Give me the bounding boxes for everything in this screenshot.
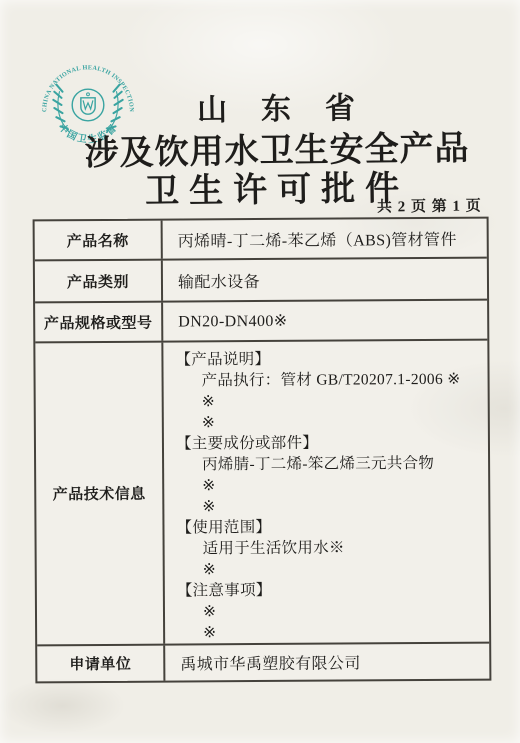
tech-info-line: 【主要成份或部件】 (176, 432, 480, 455)
table-row-product-category: 产品类别 输配水设备 (35, 257, 487, 302)
permit-info-table: 产品名称 丙烯晴-丁二烯-苯乙烯（ABS)管材管件 产品类别 输配水设备 产品规… (33, 217, 492, 684)
table-row-product-spec: 产品规格或型号 DN20-DN400※ (35, 299, 487, 342)
table-row-tech-info: 产品技术信息 【产品说明】 产品执行：管材 GB/T20207.1-2006 ※… (35, 339, 489, 645)
row-label: 产品名称 (35, 221, 163, 260)
row-label: 产品规格或型号 (35, 303, 163, 342)
tech-info-line: 【产品说明】 (175, 348, 479, 371)
document-page: CHINA NATIONAL HEALTH INSPECTION 中国卫生监督 (0, 0, 520, 743)
row-value: 丙烯晴-丁二烯-苯乙烯（ABS)管材管件 (163, 219, 487, 259)
tech-info-line: ※ (177, 600, 481, 623)
row-label: 产品类别 (35, 261, 163, 302)
tech-info-line: ※ (177, 621, 481, 644)
tech-info-line: ※ (176, 411, 480, 434)
row-value: DN20-DN400※ (163, 301, 487, 341)
row-value: 输配水设备 (163, 259, 487, 301)
tech-info-line: ※ (177, 558, 481, 581)
row-label: 申请单位 (37, 646, 165, 682)
tech-info-line: 产品执行：管材 GB/T20207.1-2006 ※ (176, 369, 480, 392)
tech-info-line: ※ (176, 474, 480, 497)
tech-info-line: 适用于生活饮用水※ (177, 537, 481, 560)
table-row-product-name: 产品名称 丙烯晴-丁二烯-苯乙烯（ABS)管材管件 (35, 219, 487, 260)
table-row-applicant: 申请单位 禹城市华禹塑胶有限公司 (37, 642, 489, 682)
page-count: 共 2 页 第 1 页 (377, 194, 482, 216)
tech-info-line: 【注意事项】 (177, 579, 481, 602)
tech-info-line: 【使用范围】 (176, 516, 480, 539)
row-value: 【产品说明】 产品执行：管材 GB/T20207.1-2006 ※ ※ ※ 【主… (163, 341, 489, 644)
tech-info-line: ※ (176, 495, 480, 518)
tech-info-line: ※ (176, 390, 480, 413)
row-value: 禹城市华禹塑胶有限公司 (165, 644, 489, 681)
tech-info-line: 丙烯腈-丁二烯-笨乙烯三元共合物 (176, 453, 480, 476)
row-label: 产品技术信息 (35, 343, 165, 645)
